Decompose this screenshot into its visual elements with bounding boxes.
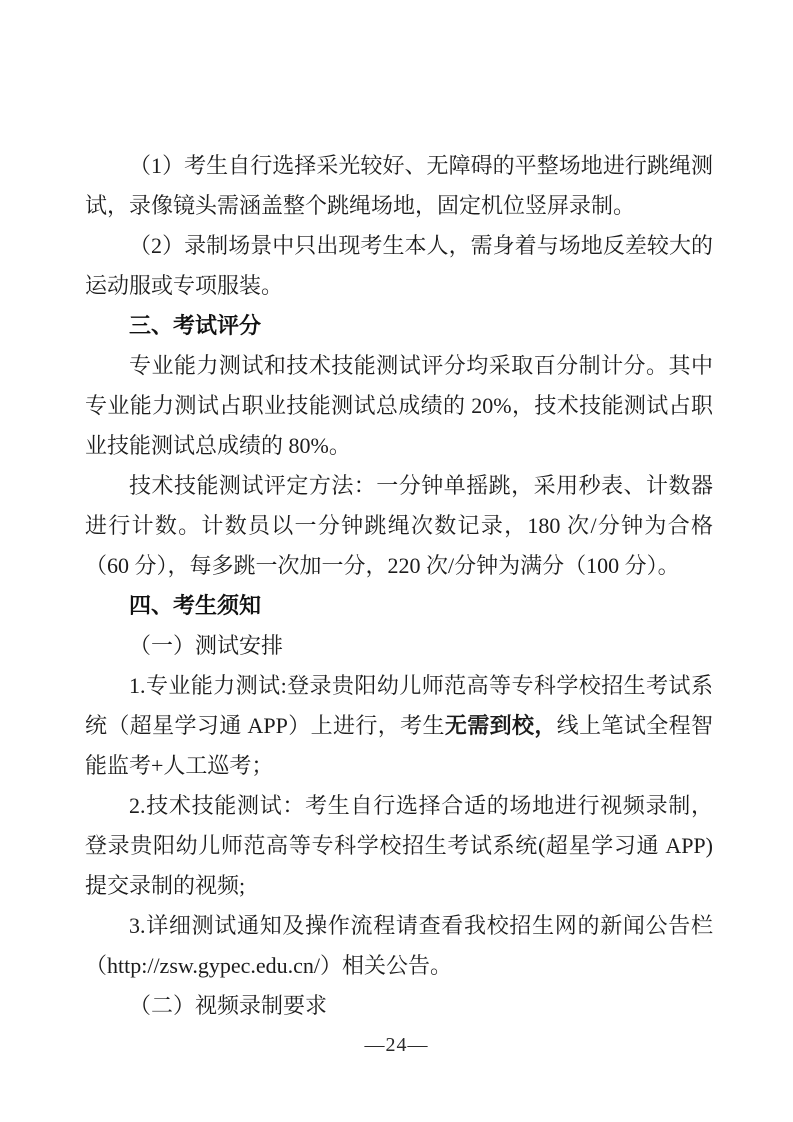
document-body: （1）考生自行选择采光较好、无障碍的平整场地进行跳绳测试，录像镜头需涵盖整个跳绳…: [85, 146, 713, 1026]
page-footer: —24—: [0, 1034, 793, 1057]
document-page: （1）考生自行选择采光较好、无障碍的平整场地进行跳绳测试，录像镜头需涵盖整个跳绳…: [0, 0, 793, 1122]
paragraph-site-requirement: （1）考生自行选择采光较好、无障碍的平整场地进行跳绳测试，录像镜头需涵盖整个跳绳…: [85, 146, 713, 226]
page-number: —24—: [365, 1034, 429, 1056]
subsection-heading-test-arrangement: （一）测试安排: [85, 626, 713, 666]
bold-text-run-no-campus-visit: 无需到校，: [445, 713, 557, 738]
paragraph-arrangement-ability-test: 1.专业能力测试:登录贵阳幼儿师范高等专科学校招生考试系统（超星学习通 APP）…: [85, 666, 713, 786]
section-heading-exam-scoring: 三、考试评分: [85, 306, 713, 346]
paragraph-arrangement-skill-test: 2.技术技能测试：考生自行选择合适的场地进行视频录制，登录贵阳幼儿师范高等专科学…: [85, 786, 713, 906]
paragraph-arrangement-notice-url: 3.详细测试通知及操作流程请查看我校招生网的新闻公告栏（http://zsw.g…: [85, 906, 713, 986]
section-heading-candidate-notice: 四、考生须知: [85, 586, 713, 626]
paragraph-scoring-weights: 专业能力测试和技术技能测试评分均采取百分制计分。其中专业能力测试占职业技能测试总…: [85, 346, 713, 466]
paragraph-scoring-method: 技术技能测试评定方法：一分钟单摇跳，采用秒表、计数器进行计数。计数员以一分钟跳绳…: [85, 466, 713, 586]
paragraph-recording-scene: （2）录制场景中只出现考生本人，需身着与场地反差较大的运动服或专项服装。: [85, 226, 713, 306]
subsection-heading-video-requirements: （二）视频录制要求: [85, 986, 713, 1026]
